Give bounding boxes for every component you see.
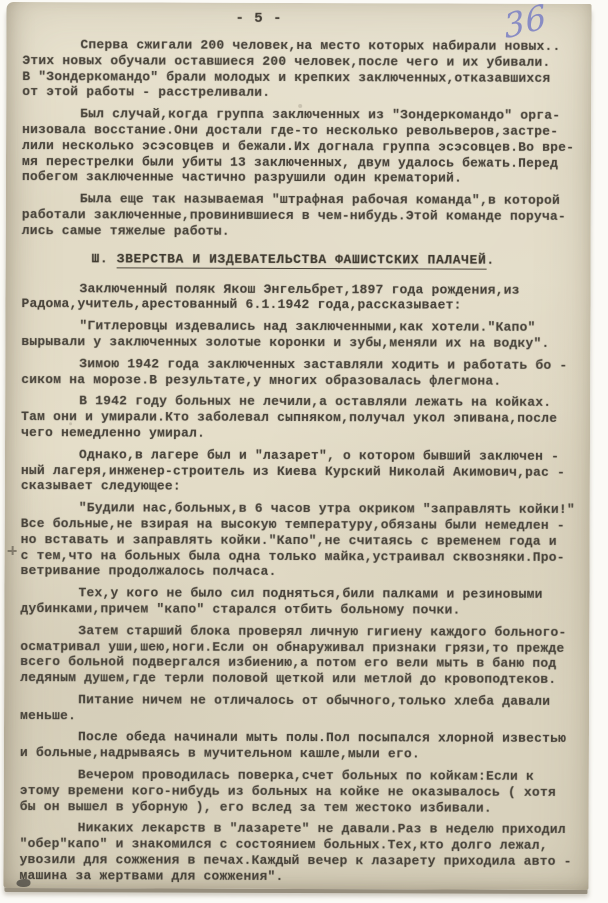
paragraph: Заключенный поляк Якош Энгельбрет,1897 г… — [21, 281, 564, 314]
margin-cross-mark — [8, 546, 17, 555]
text-line: Однако,в лагере был и "лазарет", о котор… — [21, 447, 564, 465]
page-number: - 5 - — [22, 10, 565, 28]
text-line: Зимою 1942 года заключенных заставляли х… — [21, 356, 564, 374]
text-line: ледяным душем,где терли половой щеткой и… — [20, 670, 563, 688]
paragraph: В 1942 году больных не лечили,а оставлял… — [21, 393, 564, 442]
text-line: этому времени кого-нибудь из больных на … — [20, 783, 563, 801]
text-line: Этих новых обучали оставшиеся 200 челове… — [22, 53, 565, 71]
text-line: сиком на морозе.В результате,у многих об… — [21, 372, 564, 390]
paragraph: Питание ничем не отличалось от обычного,… — [20, 692, 563, 725]
page-content: - 5 - Сперва сжигали 200 человек,на мест… — [19, 10, 565, 886]
text-line: лили несколько эсэсовцев и бежали.Их дог… — [22, 138, 565, 156]
text-line: но вставать и заправлять койки."Капо",не… — [21, 532, 564, 550]
text-line: "Гитлеровцы издевались над заключенными,… — [21, 318, 564, 336]
text-line: "Будили нас,больных,в 6 часов утра окрик… — [21, 500, 564, 518]
text-line: Питание ничем не отличалось от обычного,… — [20, 692, 563, 710]
text-line: ный лагеря,инженер-строитель из Киева Ку… — [21, 463, 564, 481]
text-line: лись самые тяжелые работы. — [22, 223, 565, 241]
text-line: дубинками,причем "капо" старался отбить … — [20, 601, 563, 619]
text-line: бы он вышел в уборную ), его вслед за те… — [20, 799, 563, 817]
text-line: чего немедленно умирал. — [21, 425, 564, 443]
paragraph: Была еще так называемая "штрафная рабоча… — [22, 191, 565, 240]
text-line: Был случай,когда группа заключенных из "… — [22, 106, 565, 124]
paragraph: Никаких лекарств в "лазарете" не давали.… — [19, 821, 562, 886]
text-line: с тем,что на больных была одна только ма… — [21, 548, 564, 566]
scanned-page: 36 - 5 - Сперва сжигали 200 человек,на м… — [3, 2, 591, 890]
text-line: побегом заключенные частично разрушили о… — [22, 169, 565, 187]
paragraph: Тех,у кого не было сил подняться,били па… — [20, 585, 563, 618]
text-line: машина за жертвами для сожжения". — [19, 868, 562, 886]
text-line: Затем старший блока проверял личную гиги… — [20, 623, 563, 641]
text-line: от этой работы - расстреливали. — [22, 84, 565, 102]
screenshot-root: { "scan": { "page_number": "- 5 -", "han… — [0, 0, 608, 903]
text-line: Все больные,не взирая на высокую темпера… — [21, 516, 564, 534]
text-line: меньше. — [20, 708, 563, 726]
text-line: Там они и умирали.Кто заболевал сыпняком… — [21, 409, 564, 427]
paragraph: Зимою 1942 года заключенных заставляли х… — [21, 356, 564, 389]
section-heading: Ш. ЗВЕРСТВА И ИЗДЕВАТЕЛЬСТВА ФАШИСТСКИХ … — [22, 251, 565, 268]
text-line: Была еще так называемая "штрафная рабоча… — [22, 191, 565, 209]
text-line: сказывает следующее: — [21, 478, 564, 496]
text-line: Радома,учитель,арестованный 6.1.1942 год… — [21, 296, 564, 314]
paragraph: Затем старший блока проверял личную гиги… — [20, 623, 563, 688]
paragraph: "Будили нас,больных,в 6 часов утра окрик… — [21, 500, 564, 581]
text-line: ветривание продолжалось полчаса. — [21, 563, 564, 581]
text-line: увозили для сожжения в печах.Каждый вече… — [20, 852, 563, 870]
text-line: Тех,у кого не было сил подняться,били па… — [20, 585, 563, 603]
paragraph: Сперва сжигали 200 человек,на место кото… — [22, 37, 565, 102]
paragraph: "Гитлеровцы издевались над заключенными,… — [21, 318, 564, 351]
paragraph: Был случай,когда группа заключенных из "… — [22, 106, 565, 187]
paragraph: После обеда начинали мыть полы.Пол посып… — [20, 730, 563, 763]
paragraph: Вечером проводилась поверка,счет больных… — [20, 767, 563, 816]
document-body: Сперва сжигали 200 человек,на место кото… — [19, 37, 565, 886]
text-line: и больные,надрываясь в мучительном кашле… — [20, 745, 563, 763]
text-line: Вечером проводилась поверка,счет больных… — [20, 767, 563, 785]
text-line: Сперва сжигали 200 человек,на место кото… — [22, 37, 565, 55]
text-line: вырывали у заключенных золотые коронки и… — [21, 334, 564, 352]
text-line: низовала восстание.Они достали где-то не… — [22, 122, 565, 140]
paragraph: Однако,в лагере был и "лазарет", о котор… — [21, 447, 564, 496]
text-line: работали заключенные,провинившиеся в чем… — [22, 207, 565, 225]
